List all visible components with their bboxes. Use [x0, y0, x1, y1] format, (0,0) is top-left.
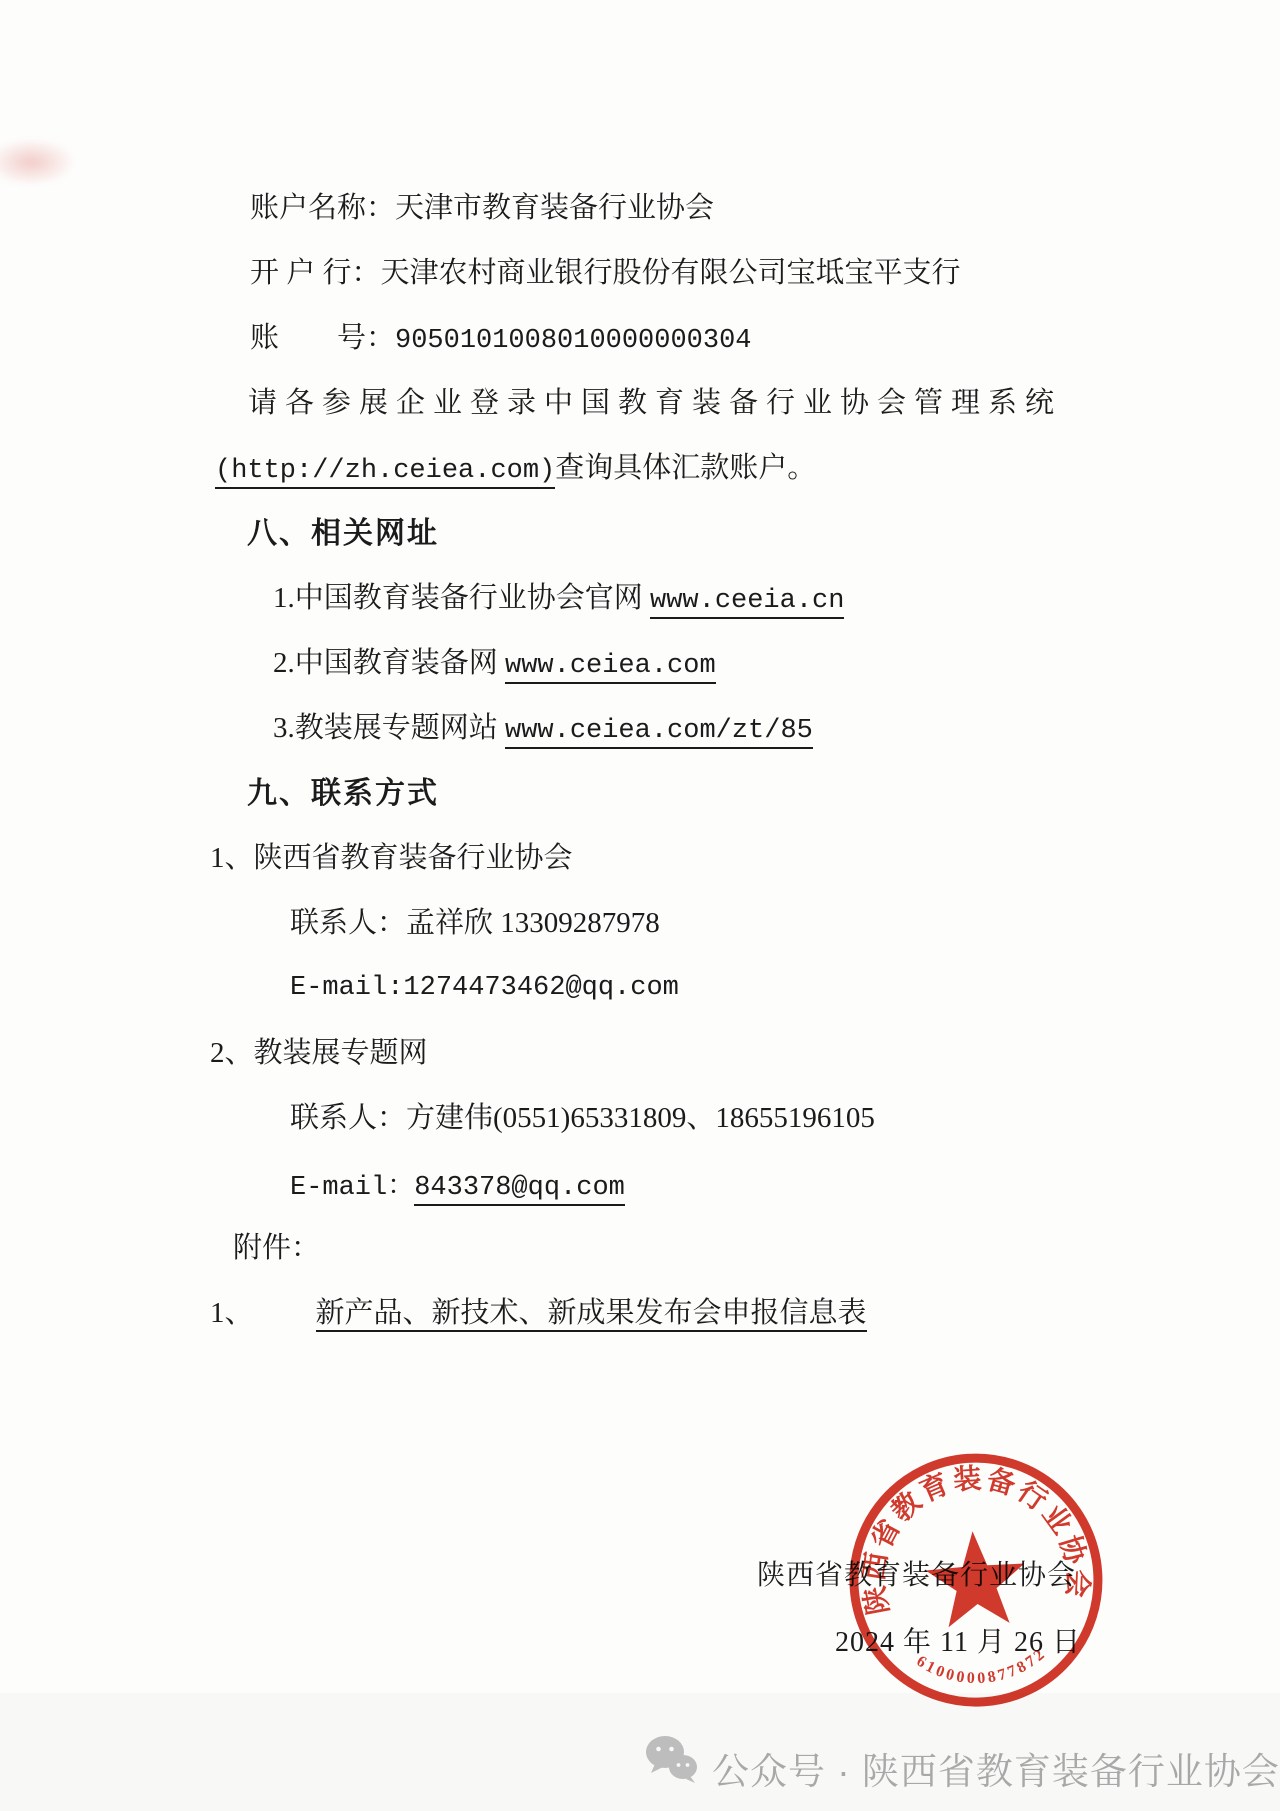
org2-email-line: E-mail：843378@qq.com	[290, 1167, 625, 1206]
website-item-3-label: 3.教装展专题网站	[273, 712, 505, 744]
account-number-line: 账 号：9050101008010000000304	[250, 320, 751, 359]
wechat-footer-bar: 公众号 · 陕西省教育装备行业协会	[0, 1693, 1280, 1811]
org2-title: 2、教装展专题网	[210, 1035, 428, 1071]
note-line-2: (http://zh.ceiea.com)查询具体汇款账户。	[215, 450, 816, 489]
org2-contact-line: 联系人：方建伟(0551)65331809、18655196105	[290, 1100, 875, 1136]
attachment-item-1-title[interactable]: 新产品、新技术、新成果发布会申报信息表	[316, 1297, 867, 1332]
official-red-seal: 陕西省教育装备行业协会 6100000877872	[837, 1441, 1117, 1721]
attachment-item-1: 1、新产品、新技术、新成果发布会申报信息表	[210, 1295, 867, 1331]
website-item-1: 1.中国教育装备行业协会官网 www.ceeia.cn	[273, 580, 844, 619]
website-item-2: 2.中国教育装备网 www.ceiea.com	[273, 645, 716, 684]
scanned-document-page: 账户名称：天津市教育装备行业协会 开 户 行：天津农村商业银行股份有限公司宝坻宝…	[0, 0, 1280, 1811]
account-number-label: 账 号：	[250, 322, 395, 354]
org1-email: E-mail:1274473462@qq.com	[290, 972, 679, 1006]
management-system-url[interactable]: (http://zh.ceiea.com)	[215, 456, 555, 489]
org1-contact-line: 联系人：孟祥欣 13309287978	[290, 905, 660, 941]
org2-email-label: E-mail：	[290, 1173, 414, 1203]
org2-email[interactable]: 843378@qq.com	[414, 1173, 625, 1206]
section-9-heading: 九、联系方式	[247, 775, 439, 813]
website-item-2-url[interactable]: www.ceiea.com	[505, 651, 716, 684]
website-item-3: 3.教装展专题网站 www.ceiea.com/zt/85	[273, 710, 813, 749]
attachment-item-1-number: 1、	[210, 1297, 254, 1329]
website-item-2-label: 2.中国教育装备网	[273, 647, 505, 679]
note-line-1: 请各参展企业登录中国教育装备行业协会管理系统	[248, 385, 1062, 421]
bank-branch-line: 开 户 行：天津农村商业银行股份有限公司宝坻宝平支行	[250, 255, 961, 291]
account-name-line: 账户名称：天津市教育装备行业协会	[250, 190, 714, 226]
account-number-value: 9050101008010000000304	[395, 326, 751, 356]
website-item-3-url[interactable]: www.ceiea.com/zt/85	[505, 716, 813, 749]
wechat-icon	[645, 1735, 699, 1785]
wechat-account-text: 公众号 · 陕西省教育装备行业协会	[712, 1741, 1280, 1795]
website-item-1-label: 1.中国教育装备行业协会官网	[273, 582, 650, 614]
seal-star-icon	[923, 1528, 1028, 1629]
note-tail: 查询具体汇款账户。	[555, 452, 816, 484]
section-8-heading: 八、相关网址	[247, 515, 439, 553]
scan-smudge-top-left	[0, 138, 76, 186]
website-item-1-url[interactable]: www.ceeia.cn	[650, 586, 844, 619]
attachments-label: 附件：	[233, 1230, 320, 1266]
org1-title: 1、陕西省教育装备行业协会	[210, 840, 573, 876]
